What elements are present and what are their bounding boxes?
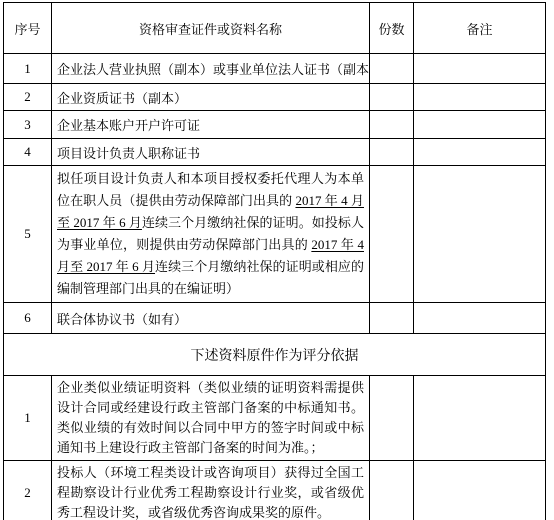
- section-divider-title: 下述资料原件作为评分依据: [4, 334, 546, 376]
- document-name-cell: 企业资质证书（副本）: [52, 84, 370, 111]
- column-header-serial: 序号: [4, 3, 52, 54]
- copies-cell: [370, 111, 414, 139]
- section-divider-row: 下述资料原件作为评分依据: [4, 334, 546, 376]
- remark-cell: [414, 461, 546, 520]
- column-header-name: 资格审查证件或资料名称: [52, 3, 370, 54]
- serial-cell: 1: [4, 376, 52, 461]
- document-name-cell: 企业基本账户开户许可证: [52, 111, 370, 139]
- remark-cell: [414, 54, 546, 84]
- serial-cell: 1: [4, 54, 52, 84]
- serial-cell: 2: [4, 84, 52, 111]
- table-row: 5 拟任项目设计负责人和本项目授权委托代理人为本单位在职人员（提供由劳动保障部门…: [4, 166, 546, 303]
- document-name-cell: 项目设计负责人职称证书: [52, 139, 370, 166]
- column-header-copies: 份数: [370, 3, 414, 54]
- document-name-cell: 企业类似业绩证明资料（类似业绩的证明资料需提供设计合同或经建设行政主管部门备案的…: [52, 376, 370, 461]
- document-name-cell: 拟任项目设计负责人和本项目授权委托代理人为本单位在职人员（提供由劳动保障部门出具…: [52, 166, 370, 303]
- copies-cell: [370, 303, 414, 334]
- table-row: 1 企业法人营业执照（副本）或事业单位法人证书（副本）: [4, 54, 546, 84]
- column-header-remark: 备注: [414, 3, 546, 54]
- table-row: 2 企业资质证书（副本）: [4, 84, 546, 111]
- serial-cell: 4: [4, 139, 52, 166]
- serial-cell: 6: [4, 303, 52, 334]
- remark-cell: [414, 111, 546, 139]
- table-row: 6 联合体协议书（如有）: [4, 303, 546, 334]
- copies-cell: [370, 139, 414, 166]
- copies-cell: [370, 461, 414, 520]
- remark-cell: [414, 166, 546, 303]
- table-row: 4 项目设计负责人职称证书: [4, 139, 546, 166]
- table-row: 3 企业基本账户开户许可证: [4, 111, 546, 139]
- document-name-cell: 投标人（环境工程类设计或咨询项目）获得过全国工程勘察设计行业优秀工程勘察设计行业…: [52, 461, 370, 520]
- serial-cell: 3: [4, 111, 52, 139]
- copies-cell: [370, 54, 414, 84]
- header-row: 序号 资格审查证件或资料名称 份数 备注: [4, 3, 546, 54]
- remark-cell: [414, 376, 546, 461]
- remark-cell: [414, 303, 546, 334]
- remark-cell: [414, 84, 546, 111]
- remark-cell: [414, 139, 546, 166]
- copies-cell: [370, 84, 414, 111]
- table-row: 2 投标人（环境工程类设计或咨询项目）获得过全国工程勘察设计行业优秀工程勘察设计…: [4, 461, 546, 520]
- table-row: 1 企业类似业绩证明资料（类似业绩的证明资料需提供设计合同或经建设行政主管部门备…: [4, 376, 546, 461]
- serial-cell: 5: [4, 166, 52, 303]
- qualification-documents-table: 序号 资格审查证件或资料名称 份数 备注 1 企业法人营业执照（副本）或事业单位…: [3, 2, 546, 520]
- serial-cell: 2: [4, 461, 52, 520]
- document-name-cell: 联合体协议书（如有）: [52, 303, 370, 334]
- copies-cell: [370, 376, 414, 461]
- document-name-cell: 企业法人营业执照（副本）或事业单位法人证书（副本）: [52, 54, 370, 84]
- copies-cell: [370, 166, 414, 303]
